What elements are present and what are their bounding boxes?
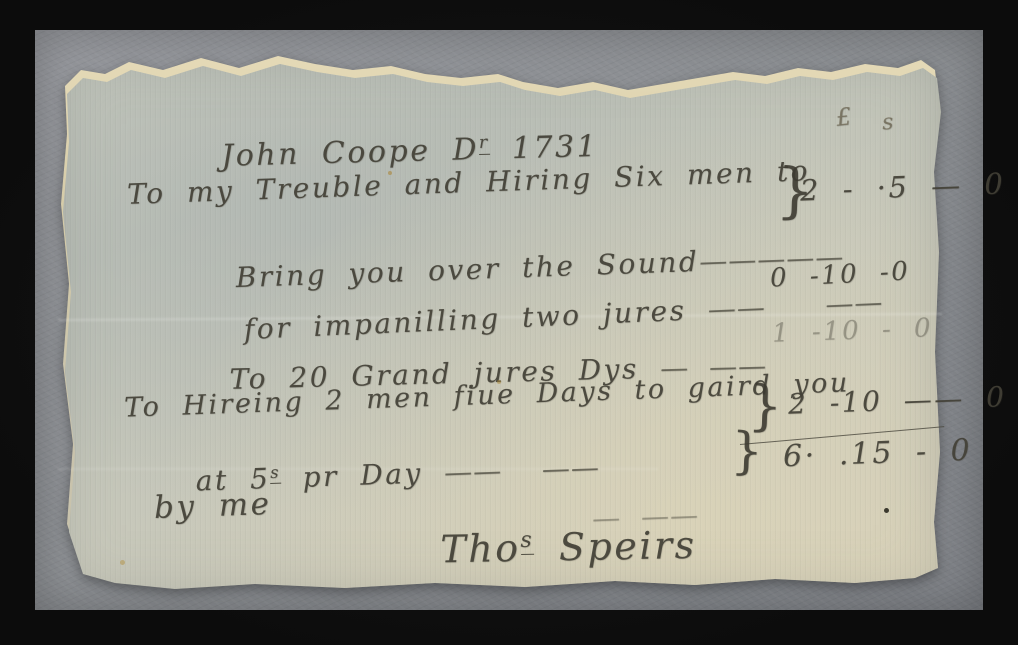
debtor-abbr: Dr	[452, 132, 490, 168]
ink-dot	[884, 508, 889, 513]
heading-year: 1731	[511, 129, 598, 166]
signature-dash: — ——	[591, 498, 699, 535]
document-scan: John Coope Dr 1731 £ s To my Treuble and…	[0, 0, 1018, 645]
signature-prefix: by me	[153, 486, 272, 526]
entry1-amount: 2 - ·5 — 0	[799, 166, 1005, 207]
total-amount: 6· .15 - 0	[782, 433, 972, 475]
stain-speck-1	[388, 171, 392, 175]
entry3-amount: 1 -10 - 0	[772, 313, 934, 349]
debtor-abbr-sup: r	[479, 133, 490, 155]
stain-speck-2	[497, 380, 501, 384]
stain-speck-3	[120, 560, 125, 565]
signature-name-sup: s	[520, 528, 534, 555]
shillings-symbol: s	[881, 110, 897, 136]
pounds-symbol: £	[835, 102, 856, 132]
total-brace: }	[730, 421, 766, 480]
